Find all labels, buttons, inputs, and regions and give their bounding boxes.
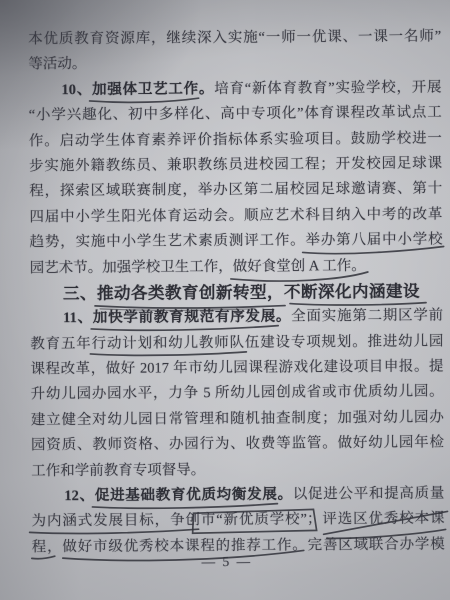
text-line: 本优质教育资源库，继续深入实施“一师一优课、一课一名师” [28,24,441,52]
line-segment: 工作和学前教育专项督导。 [31,462,205,479]
line-segment: 课程改革，做好 2017 年市幼儿园课程游戏化建设项目申报。提 [30,359,443,378]
text-line: 四届中小学生阳光体育运动会。顺应艺术科目纳入中考的改革 [29,202,442,230]
page-number: — 5 — [2,552,450,571]
line-segment: 培育“新体育教育”实验学校，开展 [214,79,441,97]
text-line: 步实施外籍教练员、兼职教练员进校园工程；开发校园足球课 [29,151,442,179]
line-segment: 作。启动学生体育素养评价指标体系实验项目。鼓励学校进一 [29,130,442,149]
text-line: 10、加强体卫艺工作。培育“新体育教育”实验学校，开展 [28,75,441,103]
text-line: 园艺术节。加强学校卫生工作，做好食堂创 A 工作。 [30,253,443,281]
text-line: 教育五年行动计划和幼儿教师队伍建设专项规划。推进幼儿园 [30,329,443,357]
text-line: 12、促进基础教育优质均衡发展。以促进公平和提高质量 [31,482,444,510]
text-line: 升幼儿园办园水平，力争 5 所幼儿园创成省或市优质幼儿园。 [31,380,444,408]
text-line: 园资质、教师资格、办园行为、收费等监管。做好幼儿园年检 [31,431,444,459]
text-line: 趋势，实施中小学生艺术素质测评工作。举办第八届中小学校 [30,228,443,256]
text-line: 等活动。 [28,50,441,78]
line-segment: “小学兴趣化、初中多样化、高中专项化”体育课程改革试点工 [29,105,442,124]
line-segment: 三、推动各类教育创新转型，不断深化内涵建设 [63,282,420,303]
text-line: 11、加快学前教育规范有序发展。全面实施第二期区学前 [30,304,443,332]
line-segment: 以促进公平和提高质量 [293,486,445,503]
line-segment: 园资质、教师资格、办园行为、收费等监管。做好幼儿园年检 [31,435,444,454]
line-segment: 教育五年行动计划和幼儿教师队伍建设专项规划。推进幼儿园 [30,333,443,352]
document-page: 本优质教育资源库，继续深入实施“一师一优课、一课一名师”等活动。10、加强体卫艺… [0,0,450,600]
line-segment: 趋势，实施中小学生艺术素质测评工作。举办第八届中小学校 [30,232,443,251]
text-line: 为内涵式发展目标，争创市“新优质学校”；评选区优秀校本课 [31,507,444,535]
line-segment: 为内涵式发展目标，争创市“新优质学校”；评选区优秀校本课 [31,511,444,530]
line-segment: 等活动。 [28,56,86,72]
text-line: 程，探索区域联赛制度，举办区第二届校园足球邀请赛、第十 [29,177,442,205]
line-segment: 11、加快学前教育规范有序发展。 [63,309,291,327]
line-segment: 12、促进基础教育优质均衡发展。 [64,487,293,505]
line-segment: 步实施外籍教练员、兼职教练员进校园工程；开发校园足球课 [29,155,442,174]
section-heading: 三、推动各类教育创新转型，不断深化内涵建设 [30,278,443,306]
line-segment: 10、加强体卫艺工作。 [61,81,214,98]
line-segment: 建立健全对幼儿园日常管理和随机抽查制度；加强对幼儿园办 [31,409,444,428]
text-line: “小学兴趣化、初中多样化、高中专项化”体育课程改革试点工 [29,101,442,129]
line-segment: 全面实施第二期区学前 [291,308,443,325]
document-lines: 本优质教育资源库，继续深入实施“一师一优课、一课一名师”等活动。10、加强体卫艺… [28,24,445,560]
text-line: 作。启动学生体育素养评价指标体系实验项目。鼓励学校进一 [29,126,442,154]
text-line: 建立健全对幼儿园日常管理和随机抽查制度；加强对幼儿园办 [31,405,444,433]
line-segment: 园艺术节。加强学校卫生工作，做好食堂创 A 工作。 [30,258,366,276]
line-segment: 升幼儿园办园水平，力争 5 所幼儿园创成省或市优质幼儿园。 [31,384,444,403]
line-segment: 四届中小学生阳光体育运动会。顺应艺术科目纳入中考的改革 [29,206,442,225]
line-segment: 程，探索区域联赛制度，举办区第二届校园足球邀请赛、第十 [29,181,442,200]
text-line: 课程改革，做好 2017 年市幼儿园课程游戏化建设项目申报。提 [30,355,443,383]
line-segment: 本优质教育资源库，继续深入实施“一师一优课、一课一名师” [28,28,441,47]
text-line: 工作和学前教育专项督导。 [31,456,444,484]
